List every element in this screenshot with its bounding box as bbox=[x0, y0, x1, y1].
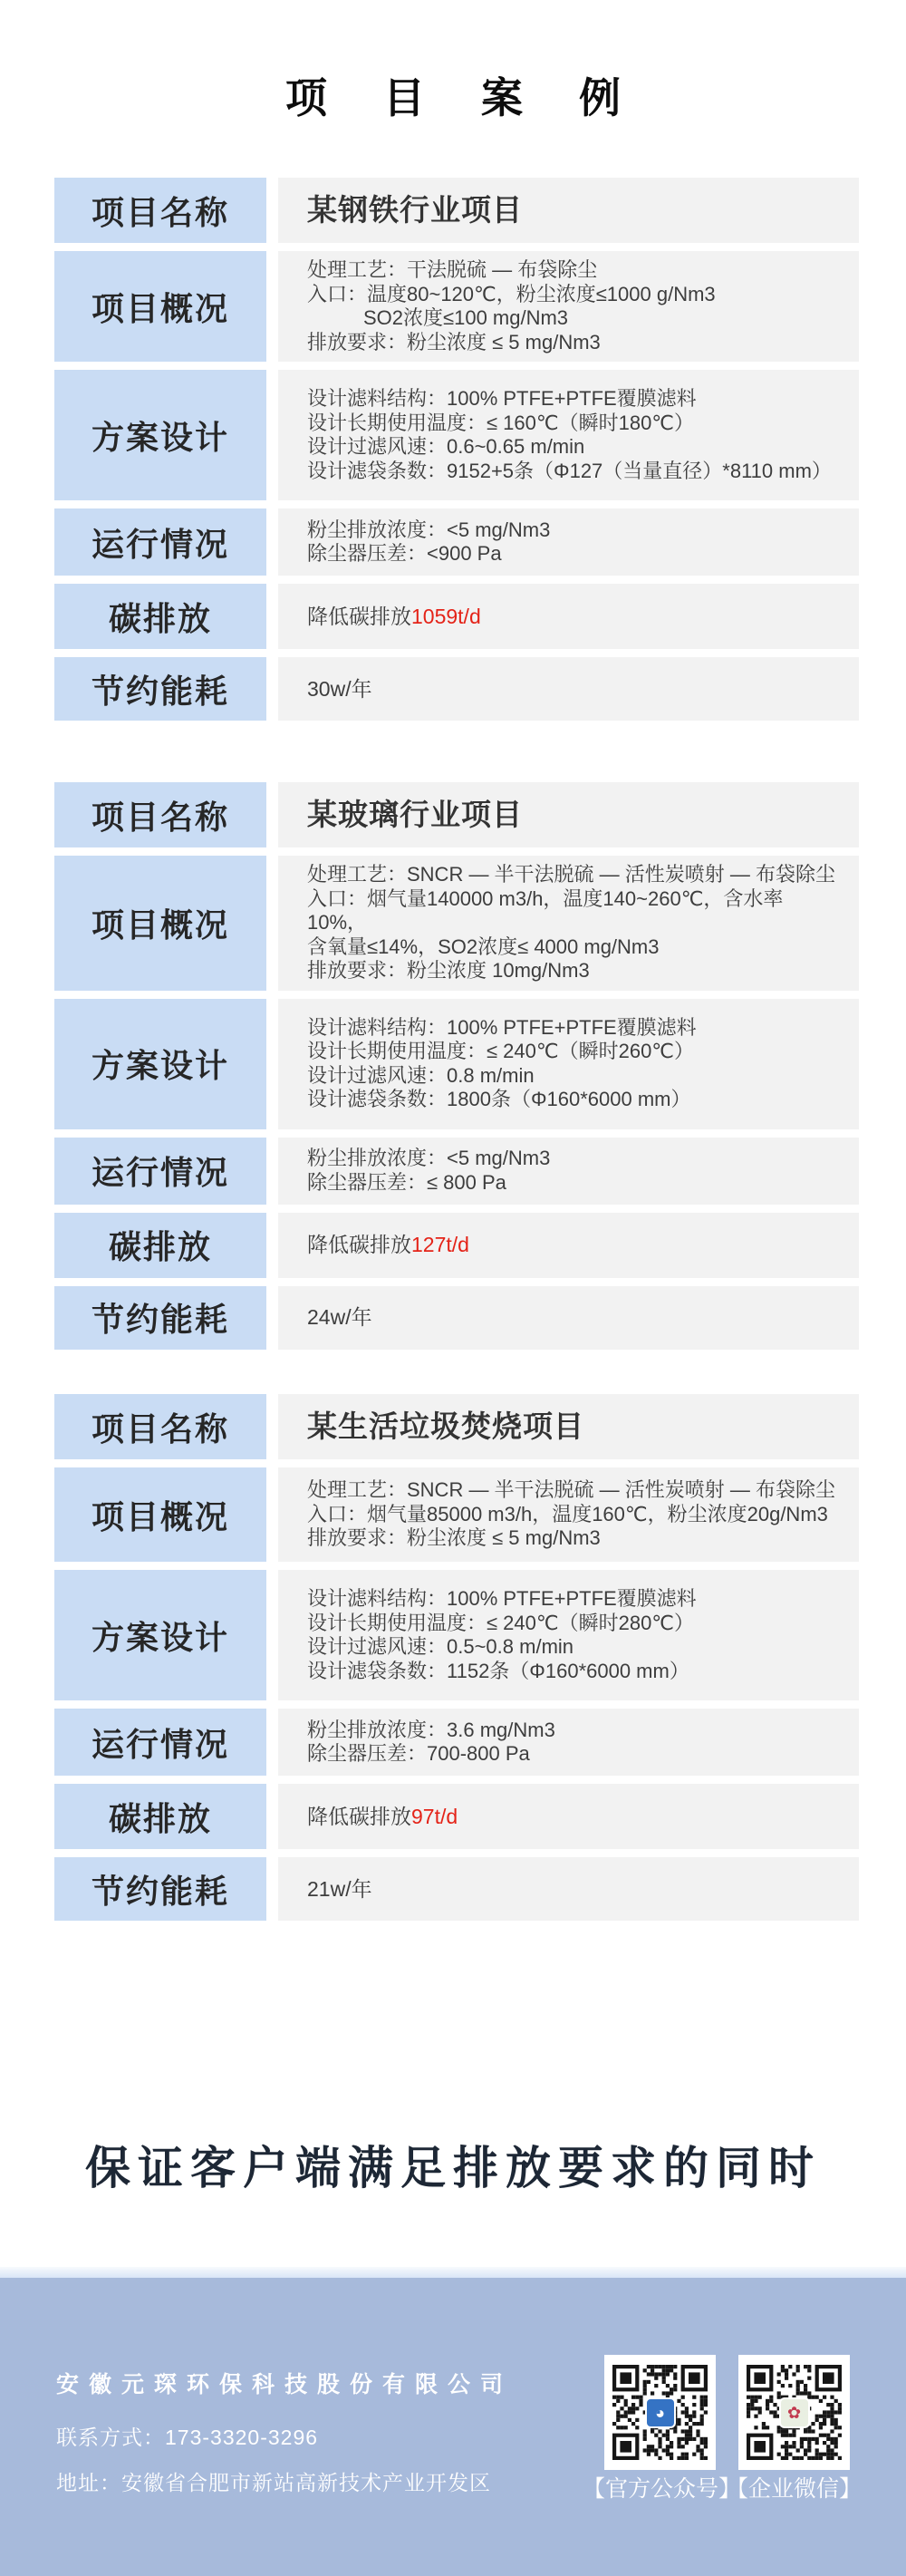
row-label: 运行情况 bbox=[54, 1138, 266, 1205]
value-text: 含氧量≤14%，SO2浓度≤ 4000 mg/Nm3 bbox=[307, 935, 660, 958]
value-line: 24w/年 bbox=[307, 1305, 843, 1330]
row-label: 节约能耗 bbox=[54, 1286, 266, 1350]
official-account-qr-code: ◕ bbox=[604, 2355, 716, 2470]
value-line: 降低碳排放97t/d bbox=[307, 1805, 843, 1829]
row-label: 项目名称 bbox=[54, 178, 266, 243]
value-line: 除尘器压差：700-800 Pa bbox=[307, 1742, 843, 1767]
value-line: 某钢铁行业项目 bbox=[307, 192, 843, 228]
row-value: 粉尘排放浓度：<5 mg/Nm3除尘器压差：<900 Pa bbox=[278, 508, 859, 576]
value-text: 设计过滤风速：0.8 m/min bbox=[307, 1064, 535, 1087]
row-label: 方案设计 bbox=[54, 999, 266, 1129]
table-row: 节约能耗24w/年 bbox=[54, 1286, 859, 1350]
value-text: 设计过滤风速：0.6~0.65 m/min bbox=[307, 435, 584, 458]
row-value: 设计滤料结构：100% PTFE+PTFE覆膜滤料设计长期使用温度：≤ 240℃… bbox=[278, 1570, 859, 1700]
value-text: 设计滤料结构：100% PTFE+PTFE覆膜滤料 bbox=[307, 1587, 697, 1610]
value-line: 排放要求：粉尘浓度 ≤ 5 mg/Nm3 bbox=[307, 331, 843, 355]
value-text: 入口：温度80~120℃，粉尘浓度≤1000 g/Nm3 bbox=[307, 283, 716, 305]
slogan-line-1: 保证客户端满足排放要求的同时 bbox=[0, 2135, 906, 2201]
value-text: 设计过滤风速：0.5~0.8 m/min bbox=[307, 1635, 573, 1658]
page: 项目案例 项目名称某钢铁行业项目项目概况处理工艺：干法脱硫 — 布袋除尘入口：温… bbox=[0, 0, 906, 2576]
value-text: 某玻璃行业项目 bbox=[307, 798, 523, 831]
value-line: 设计滤料结构：100% PTFE+PTFE覆膜滤料 bbox=[307, 1587, 843, 1612]
row-value: 设计滤料结构：100% PTFE+PTFE覆膜滤料设计长期使用温度：≤ 240℃… bbox=[278, 999, 859, 1129]
table-row: 项目概况处理工艺：SNCR — 半干法脱硫 — 活性炭喷射 — 布袋除尘入口：烟… bbox=[54, 1467, 859, 1562]
row-value: 降低碳排放1059t/d bbox=[278, 584, 859, 649]
row-label: 节约能耗 bbox=[54, 1857, 266, 1921]
table-row: 项目概况处理工艺：干法脱硫 — 布袋除尘入口：温度80~120℃，粉尘浓度≤10… bbox=[54, 251, 859, 362]
value-line: 设计过滤风速：0.5~0.8 m/min bbox=[307, 1635, 843, 1660]
table-row: 碳排放降低碳排放97t/d bbox=[54, 1784, 859, 1849]
value-text: 排放要求：粉尘浓度 ≤ 5 mg/Nm3 bbox=[307, 1526, 601, 1549]
row-value: 某生活垃圾焚烧项目 bbox=[278, 1394, 859, 1459]
highlight-value: 127t/d bbox=[411, 1233, 469, 1256]
highlight-value: 1059t/d bbox=[411, 605, 481, 628]
value-text: SO2浓度≤100 mg/Nm3 bbox=[363, 306, 568, 329]
row-label: 项目概况 bbox=[54, 1467, 266, 1562]
value-line: 30w/年 bbox=[307, 677, 843, 702]
value-text: 处理工艺：干法脱硫 — 布袋除尘 bbox=[307, 258, 597, 281]
table-row: 项目名称某生活垃圾焚烧项目 bbox=[54, 1394, 859, 1459]
value-line: SO2浓度≤100 mg/Nm3 bbox=[307, 306, 843, 331]
table-row: 项目名称某钢铁行业项目 bbox=[54, 178, 859, 243]
row-value: 降低碳排放127t/d bbox=[278, 1213, 859, 1278]
company-name: 安徽元琛环保科技股份有限公司 bbox=[56, 2367, 513, 2399]
table-row: 项目名称某玻璃行业项目 bbox=[54, 782, 859, 847]
value-line: 排放要求：粉尘浓度 ≤ 5 mg/Nm3 bbox=[307, 1526, 843, 1551]
value-line: 入口：烟气量85000 m3/h，温度160℃，粉尘浓度20g/Nm3 bbox=[307, 1503, 843, 1527]
value-text: 处理工艺：SNCR — 半干法脱硫 — 活性炭喷射 — 布袋除尘 bbox=[307, 863, 835, 886]
row-label: 节约能耗 bbox=[54, 657, 266, 721]
highlight-value: 97t/d bbox=[411, 1805, 458, 1828]
row-label: 项目名称 bbox=[54, 782, 266, 847]
value-text: 某钢铁行业项目 bbox=[307, 193, 523, 227]
official-account-qr-label: 【官方公众号】 bbox=[583, 2471, 737, 2503]
value-line: 处理工艺：SNCR — 半干法脱硫 — 活性炭喷射 — 布袋除尘 bbox=[307, 1478, 843, 1503]
value-line: 21w/年 bbox=[307, 1877, 843, 1902]
value-line: 除尘器压差：<900 Pa bbox=[307, 542, 843, 567]
row-label: 碳排放 bbox=[54, 584, 266, 649]
value-text: 降低碳排放 bbox=[307, 605, 411, 628]
value-line: 粉尘排放浓度：<5 mg/Nm3 bbox=[307, 1147, 843, 1171]
row-label: 项目概况 bbox=[54, 251, 266, 362]
table-row: 节约能耗21w/年 bbox=[54, 1857, 859, 1921]
row-value: 粉尘排放浓度：3.6 mg/Nm3除尘器压差：700-800 Pa bbox=[278, 1709, 859, 1776]
row-label: 方案设计 bbox=[54, 370, 266, 500]
row-value: 处理工艺：干法脱硫 — 布袋除尘入口：温度80~120℃，粉尘浓度≤1000 g… bbox=[278, 251, 859, 362]
value-line: 设计滤袋条数：1152条（Φ160*6000 mm） bbox=[307, 1660, 843, 1684]
value-text: 粉尘排放浓度：<5 mg/Nm3 bbox=[307, 518, 550, 541]
value-text: 降低碳排放 bbox=[307, 1805, 411, 1828]
row-value: 粉尘排放浓度：<5 mg/Nm3除尘器压差：≤ 800 Pa bbox=[278, 1138, 859, 1205]
project-table-1: 项目名称某钢铁行业项目项目概况处理工艺：干法脱硫 — 布袋除尘入口：温度80~1… bbox=[54, 178, 859, 729]
value-line: 某生活垃圾焚烧项目 bbox=[307, 1409, 843, 1445]
flower-logo-icon: ✿ bbox=[779, 2397, 810, 2428]
row-label: 项目名称 bbox=[54, 1394, 266, 1459]
value-line: 入口：温度80~120℃，粉尘浓度≤1000 g/Nm3 bbox=[307, 283, 843, 307]
row-value: 30w/年 bbox=[278, 657, 859, 721]
table-row: 方案设计设计滤料结构：100% PTFE+PTFE覆膜滤料设计长期使用温度：≤ … bbox=[54, 999, 859, 1129]
row-label: 运行情况 bbox=[54, 1709, 266, 1776]
project-table-3: 项目名称某生活垃圾焚烧项目项目概况处理工艺：SNCR — 半干法脱硫 — 活性炭… bbox=[54, 1394, 859, 1929]
table-row: 运行情况粉尘排放浓度：<5 mg/Nm3除尘器压差：<900 Pa bbox=[54, 508, 859, 576]
value-line: 含氧量≤14%，SO2浓度≤ 4000 mg/Nm3 bbox=[307, 935, 843, 960]
value-text: 设计滤料结构：100% PTFE+PTFE覆膜滤料 bbox=[307, 1016, 697, 1039]
value-line: 设计过滤风速：0.8 m/min bbox=[307, 1064, 843, 1089]
value-line: 设计滤料结构：100% PTFE+PTFE覆膜滤料 bbox=[307, 1016, 843, 1041]
value-text: 设计长期使用温度：≤ 240℃（瞬时260℃） bbox=[307, 1040, 694, 1062]
table-row: 碳排放降低碳排放1059t/d bbox=[54, 584, 859, 649]
value-text: 除尘器压差：<900 Pa bbox=[307, 542, 502, 565]
value-text: 设计滤袋条数：1152条（Φ160*6000 mm） bbox=[307, 1660, 689, 1682]
row-label: 方案设计 bbox=[54, 1570, 266, 1700]
footer-gradient-band bbox=[0, 2267, 906, 2278]
value-line: 排放要求：粉尘浓度 10mg/Nm3 bbox=[307, 959, 843, 983]
table-row: 方案设计设计滤料结构：100% PTFE+PTFE覆膜滤料设计长期使用温度：≤ … bbox=[54, 370, 859, 500]
value-text: 24w/年 bbox=[307, 1305, 372, 1329]
row-value: 设计滤料结构：100% PTFE+PTFE覆膜滤料设计长期使用温度：≤ 160℃… bbox=[278, 370, 859, 500]
value-text: 排放要求：粉尘浓度 ≤ 5 mg/Nm3 bbox=[307, 331, 601, 353]
row-value: 某玻璃行业项目 bbox=[278, 782, 859, 847]
page-title: 项目案例 bbox=[0, 65, 906, 125]
value-line: 设计滤袋条数：9152+5条（Φ127（当量直径）*8110 mm） bbox=[307, 460, 843, 484]
table-row: 项目概况处理工艺：SNCR — 半干法脱硫 — 活性炭喷射 — 布袋除尘入口：烟… bbox=[54, 856, 859, 991]
row-value: 降低碳排放97t/d bbox=[278, 1784, 859, 1849]
value-line: 设计长期使用温度：≤ 160℃（瞬时180℃） bbox=[307, 412, 843, 436]
table-row: 运行情况粉尘排放浓度：3.6 mg/Nm3除尘器压差：700-800 Pa bbox=[54, 1709, 859, 1776]
value-line: 设计长期使用温度：≤ 240℃（瞬时280℃） bbox=[307, 1612, 843, 1636]
value-text: 某生活垃圾焚烧项目 bbox=[307, 1409, 584, 1443]
value-text: 入口：烟气量140000 m3/h，温度140~260℃，含水率10%， bbox=[307, 887, 783, 935]
value-line: 除尘器压差：≤ 800 Pa bbox=[307, 1171, 843, 1196]
value-text: 处理工艺：SNCR — 半干法脱硫 — 活性炭喷射 — 布袋除尘 bbox=[307, 1478, 835, 1501]
row-value: 某钢铁行业项目 bbox=[278, 178, 859, 243]
row-value: 处理工艺：SNCR — 半干法脱硫 — 活性炭喷射 — 布袋除尘入口：烟气量85… bbox=[278, 1467, 859, 1562]
value-line: 设计过滤风速：0.6~0.65 m/min bbox=[307, 435, 843, 460]
value-line: 处理工艺：干法脱硫 — 布袋除尘 bbox=[307, 258, 843, 283]
row-value: 24w/年 bbox=[278, 1286, 859, 1350]
value-text: 入口：烟气量85000 m3/h，温度160℃，粉尘浓度20g/Nm3 bbox=[307, 1503, 828, 1525]
value-text: 粉尘排放浓度：<5 mg/Nm3 bbox=[307, 1147, 550, 1169]
table-row: 节约能耗30w/年 bbox=[54, 657, 859, 721]
row-value: 21w/年 bbox=[278, 1857, 859, 1921]
row-label: 碳排放 bbox=[54, 1784, 266, 1849]
value-text: 设计长期使用温度：≤ 160℃（瞬时180℃） bbox=[307, 412, 694, 434]
table-row: 方案设计设计滤料结构：100% PTFE+PTFE覆膜滤料设计长期使用温度：≤ … bbox=[54, 1570, 859, 1700]
value-text: 30w/年 bbox=[307, 677, 372, 701]
value-line: 设计长期使用温度：≤ 240℃（瞬时260℃） bbox=[307, 1040, 843, 1064]
enterprise-wechat-qr-label: 【企业微信】 bbox=[717, 2471, 871, 2503]
value-line: 处理工艺：SNCR — 半干法脱硫 — 活性炭喷射 — 布袋除尘 bbox=[307, 863, 843, 887]
value-text: 降低碳排放 bbox=[307, 1233, 411, 1256]
value-line: 粉尘排放浓度：3.6 mg/Nm3 bbox=[307, 1719, 843, 1743]
value-text: 设计长期使用温度：≤ 240℃（瞬时280℃） bbox=[307, 1612, 694, 1634]
value-line: 降低碳排放127t/d bbox=[307, 1233, 843, 1257]
value-line: 入口：烟气量140000 m3/h，温度140~260℃，含水率10%， bbox=[307, 887, 843, 935]
official-account-logo-icon: ◕ bbox=[645, 2397, 676, 2428]
row-label: 运行情况 bbox=[54, 508, 266, 576]
value-line: 设计滤袋条数：1800条（Φ160*6000 mm） bbox=[307, 1088, 843, 1112]
value-text: 排放要求：粉尘浓度 10mg/Nm3 bbox=[307, 959, 590, 982]
value-line: 设计滤料结构：100% PTFE+PTFE覆膜滤料 bbox=[307, 387, 843, 412]
footer: 安徽元琛环保科技股份有限公司 联系方式：173-3320-3296 地址：安徽省… bbox=[0, 2278, 906, 2576]
table-row: 碳排放降低碳排放127t/d bbox=[54, 1213, 859, 1278]
value-text: 除尘器压差：≤ 800 Pa bbox=[307, 1171, 506, 1194]
table-row: 运行情况粉尘排放浓度：<5 mg/Nm3除尘器压差：≤ 800 Pa bbox=[54, 1138, 859, 1205]
row-label: 项目概况 bbox=[54, 856, 266, 991]
value-text: 设计滤袋条数：9152+5条（Φ127（当量直径）*8110 mm） bbox=[307, 460, 832, 482]
row-label: 碳排放 bbox=[54, 1213, 266, 1278]
project-table-2: 项目名称某玻璃行业项目项目概况处理工艺：SNCR — 半干法脱硫 — 活性炭喷射… bbox=[54, 782, 859, 1358]
value-text: 21w/年 bbox=[307, 1877, 372, 1901]
contact-phone: 联系方式：173-3320-3296 bbox=[56, 2421, 318, 2451]
company-address: 地址：安徽省合肥市新站高新技术产业开发区 bbox=[56, 2466, 491, 2496]
value-text: 设计滤袋条数：1800条（Φ160*6000 mm） bbox=[307, 1088, 690, 1110]
value-line: 某玻璃行业项目 bbox=[307, 797, 843, 833]
value-text: 除尘器压差：700-800 Pa bbox=[307, 1742, 530, 1765]
value-text: 粉尘排放浓度：3.6 mg/Nm3 bbox=[307, 1719, 555, 1741]
value-line: 降低碳排放1059t/d bbox=[307, 605, 843, 629]
value-line: 粉尘排放浓度：<5 mg/Nm3 bbox=[307, 518, 843, 543]
row-value: 处理工艺：SNCR — 半干法脱硫 — 活性炭喷射 — 布袋除尘入口：烟气量14… bbox=[278, 856, 859, 991]
value-text: 设计滤料结构：100% PTFE+PTFE覆膜滤料 bbox=[307, 387, 697, 410]
enterprise-wechat-qr-code: ✿ bbox=[738, 2355, 850, 2470]
